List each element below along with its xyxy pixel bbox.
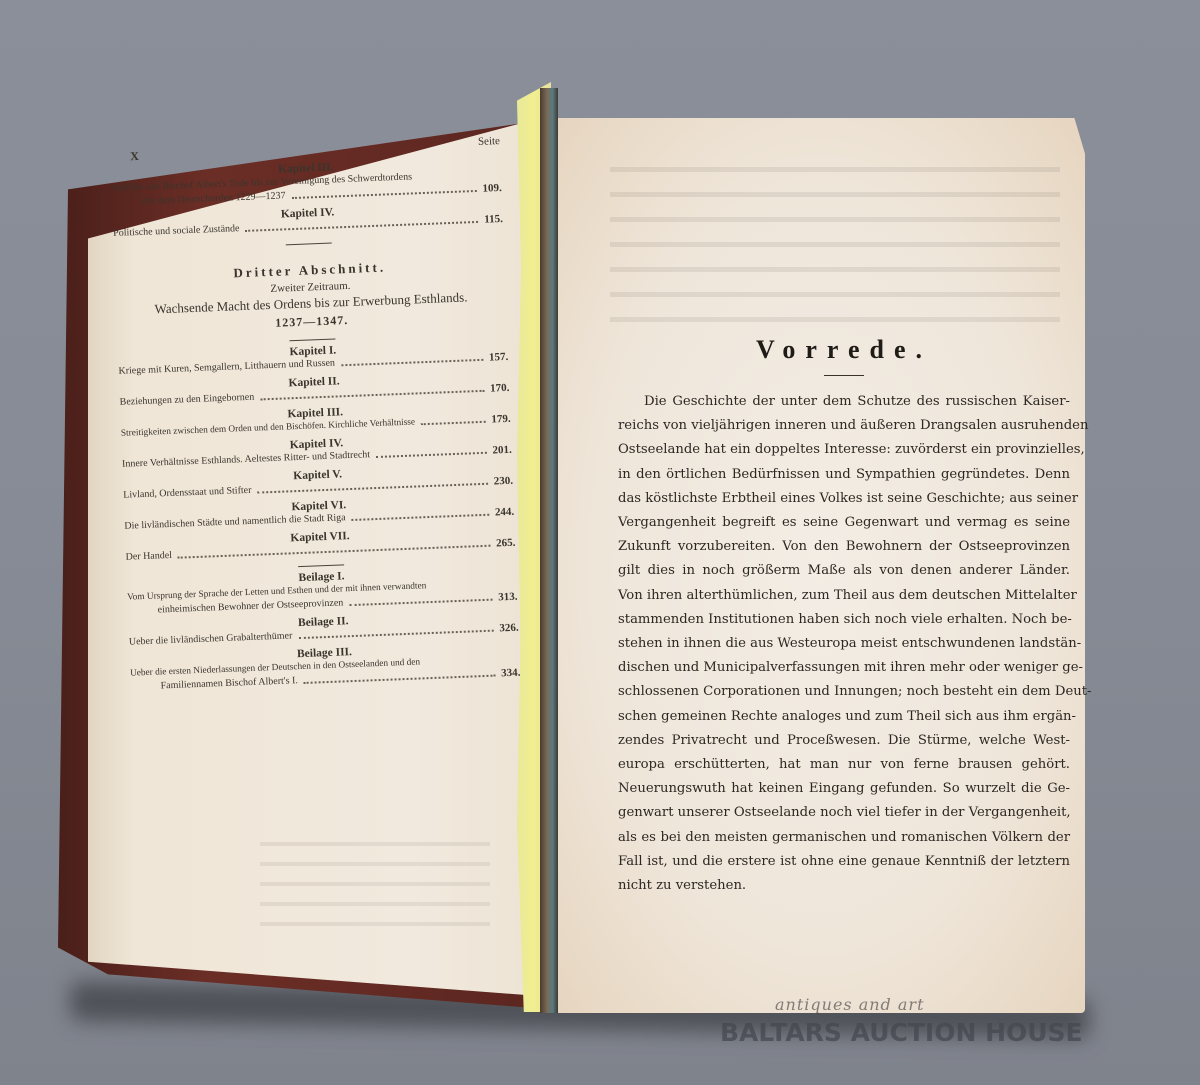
- left-page-show-through: [260, 830, 490, 930]
- page-ref: 244.: [495, 505, 515, 520]
- text-line: zendes Privatrecht und Proceßwesen. Die …: [618, 729, 1070, 753]
- text-line: gilt dies in noch größerm Maße als von d…: [618, 559, 1070, 583]
- page-ref: 109.: [482, 181, 502, 196]
- text-line: nicht zu verstehen.: [618, 874, 1070, 898]
- right-page-show-through: [610, 150, 1060, 330]
- column-header: Seite: [478, 135, 501, 151]
- preface-title: Vorrede.: [618, 335, 1070, 365]
- page-number: X: [130, 149, 139, 164]
- watermark-logo: BALTARS AUCTION HOUSE: [720, 1018, 1083, 1047]
- divider: [824, 375, 864, 376]
- text-line: genwart unserer Ostseelande noch viel ti…: [618, 801, 1070, 825]
- page-ref: 313.: [498, 590, 518, 605]
- text-line: in den örtlichen Bedürfnissen und Sympat…: [618, 463, 1070, 487]
- page-ref: 230.: [493, 474, 513, 489]
- text-line: Die Geschichte der unter dem Schutze des…: [618, 390, 1070, 414]
- text-line: Ostseelande hat ein doppeltes Interesse:…: [618, 438, 1070, 462]
- page-ref: 201.: [492, 443, 512, 458]
- preface: Vorrede. Die Geschichte der unter dem Sc…: [618, 335, 1070, 898]
- watermark-tagline: antiques and art: [775, 995, 925, 1014]
- page-ref: 334.: [501, 666, 521, 681]
- text-line: Neuerungswuth hat keinen Eingang gefunde…: [618, 777, 1070, 801]
- page-ref: 179.: [491, 412, 511, 427]
- book-gutter: [540, 88, 558, 1013]
- text-line: dischen und Municipalverfassungen mit ih…: [618, 656, 1070, 680]
- page-ref: 326.: [499, 621, 519, 636]
- text-line: schlossenen Corporationen und Innungen; …: [618, 680, 1070, 704]
- text-line: europa erschütterten, hat man nur von fe…: [618, 753, 1070, 777]
- book-photo: X Seite Kapitel III. Vorfälle seit Bisch…: [0, 0, 1200, 1085]
- page-ref: 265.: [496, 536, 516, 551]
- text-line: Zukunft vorzubereiten. Von den Bewohnern…: [618, 535, 1070, 559]
- text-line: als es bei den meisten germanischen und …: [618, 826, 1070, 850]
- page-ref: 157.: [489, 350, 509, 365]
- preface-body: Die Geschichte der unter dem Schutze des…: [618, 390, 1070, 898]
- text-line: das köstlichste Erbtheil eines Volkes is…: [618, 487, 1070, 511]
- page-ref: 170.: [490, 381, 510, 396]
- text-line: Vergangenheit begreift es seine Gegenwar…: [618, 511, 1070, 535]
- text-line: schen gemeinen Rechte analoges und zum T…: [618, 705, 1070, 729]
- text-line: Von ihren alterthümlichen, zum Theil aus…: [618, 584, 1070, 608]
- divider: [298, 564, 344, 567]
- divider: [289, 338, 335, 341]
- divider: [286, 243, 332, 246]
- text-line: Fall ist, und die erstere ist ohne eine …: [618, 850, 1070, 874]
- table-of-contents: X Seite Kapitel III. Vorfälle seit Bisch…: [110, 135, 521, 695]
- page-ref: 115.: [484, 212, 503, 227]
- text-line: reichs von vieljährigen inneren und äuße…: [618, 414, 1070, 438]
- text-line: stammenden Institutionen haben sich noch…: [618, 608, 1070, 632]
- text-line: stehen in ihnen die aus Westeuropa meist…: [618, 632, 1070, 656]
- section-heading: Dritter Abschnitt. Zweiter Zeitraum. Wac…: [115, 255, 507, 337]
